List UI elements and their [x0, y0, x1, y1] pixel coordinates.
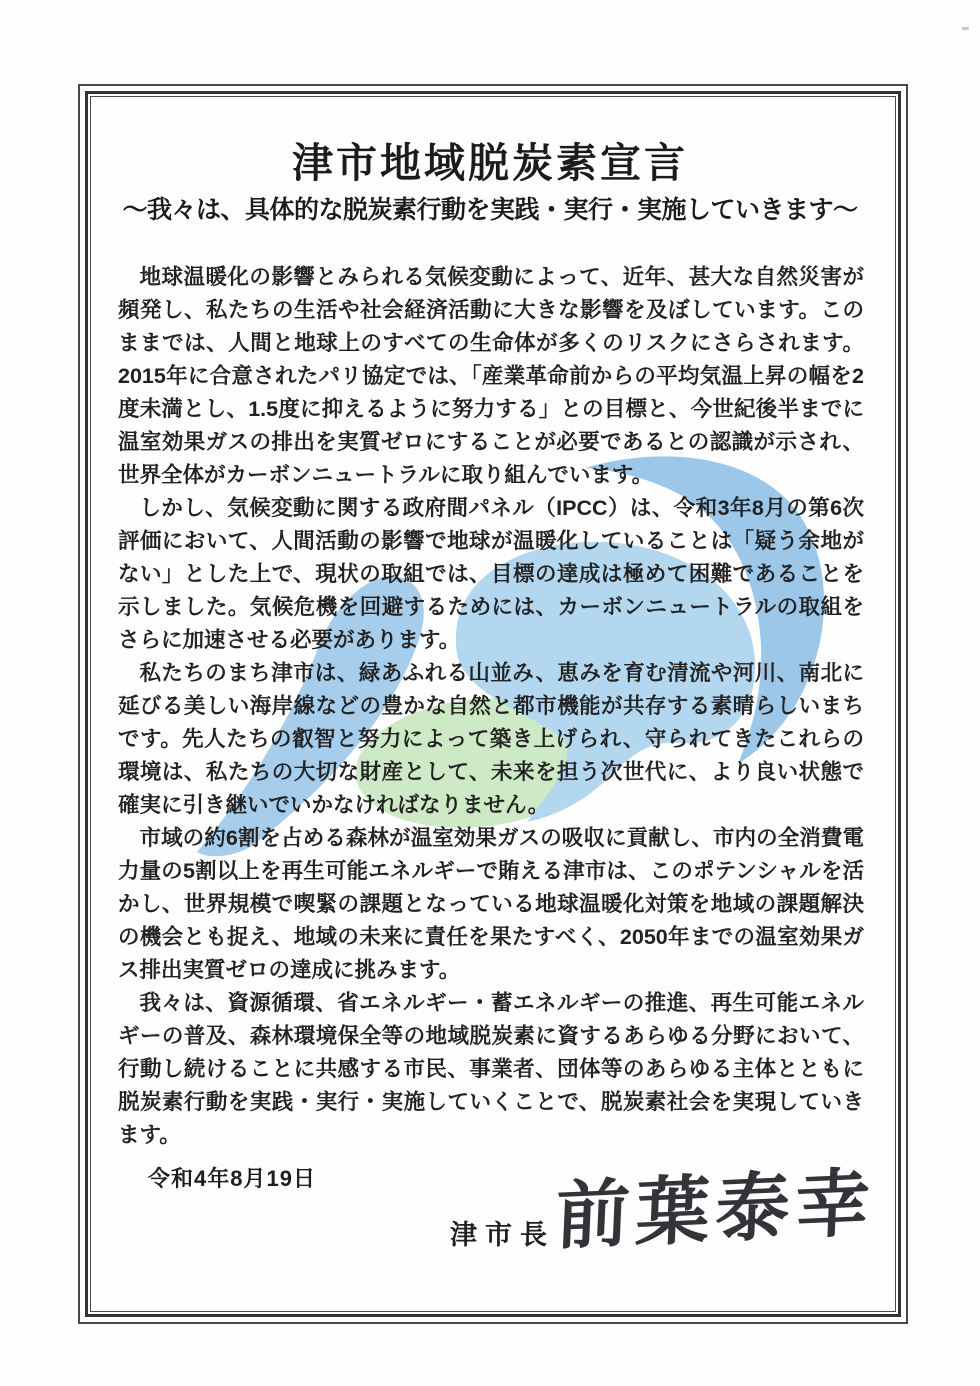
- body-paragraph: 我々は、資源循環、省エネルギー・蓄エネルギーの推進、再生可能エネルギーの普及、森…: [118, 987, 864, 1152]
- body-paragraph: 私たちのまち津市は、緑あふれる山並み、恵みを育む清流や河川、南北に延びる美しい海…: [118, 657, 864, 822]
- body-paragraph: しかし、気候変動に関する政府間パネル（IPCC）は、令和3年8月の第6次評価にお…: [118, 492, 864, 657]
- signer-title: 津市長: [450, 1213, 555, 1252]
- body-paragraph: 地球温暖化の影響とみられる気候変動によって、近年、甚大な自然災害が頻発し、私たち…: [118, 261, 864, 492]
- mayor-signature: 前葉泰幸: [554, 1144, 878, 1264]
- declaration-content: 津市地域脱炭素宣言 ～我々は、具体的な脱炭素行動を実践・実行・実施していきます～…: [0, 0, 980, 1386]
- body-paragraph: 市域の約6割を占める森林が温室効果ガスの吸収に貢献し、市内の全消費電力量の5割以…: [118, 822, 864, 987]
- document-title: 津市地域脱炭素宣言: [0, 130, 980, 189]
- declaration-date: 令和4年8月19日: [148, 1162, 316, 1193]
- declaration-body: 地球温暖化の影響とみられる気候変動によって、近年、甚大な自然災害が頻発し、私たち…: [118, 261, 864, 1152]
- scanned-declaration-page: 津市地域脱炭素宣言 ～我々は、具体的な脱炭素行動を実践・実行・実施していきます～…: [0, 0, 980, 1386]
- document-subtitle: ～我々は、具体的な脱炭素行動を実践・実行・実施していきます～: [0, 190, 980, 226]
